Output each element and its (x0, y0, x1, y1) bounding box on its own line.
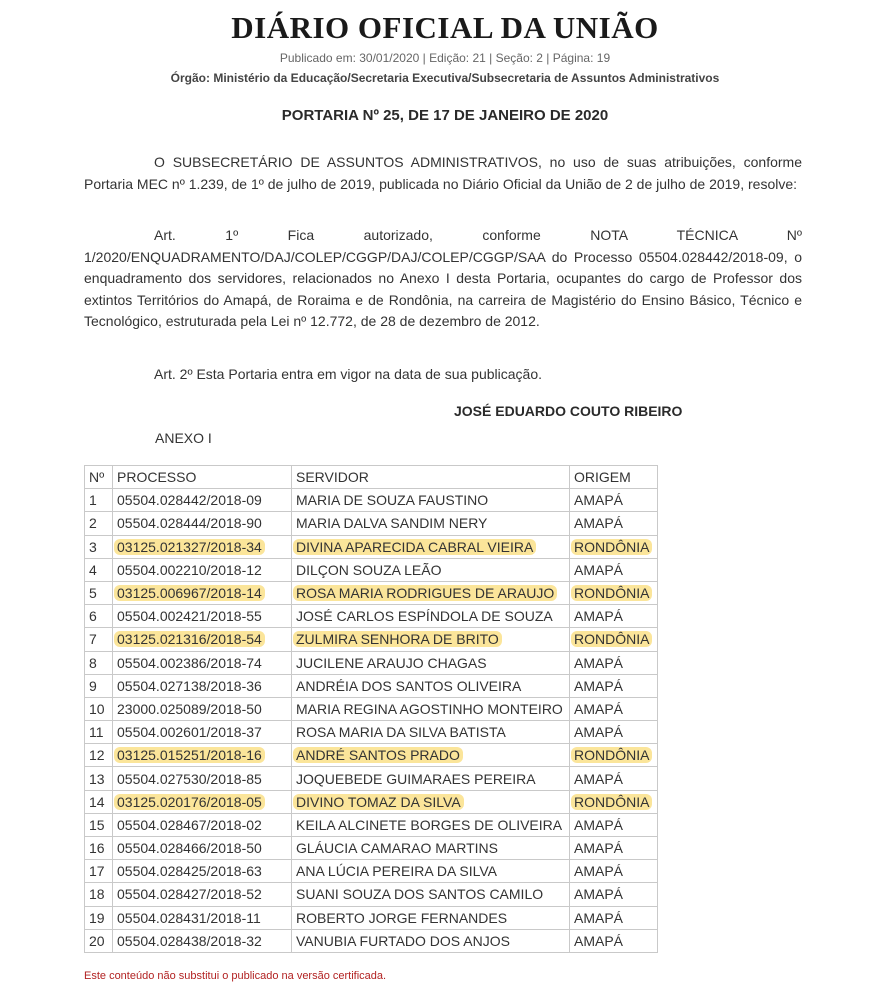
row-origem: RONDÔNIA (571, 585, 652, 601)
masthead: DIÁRIO OFICIAL DA UNIÃO Publicado em: 30… (0, 10, 890, 86)
row-origem: AMAPÁ (574, 933, 623, 949)
row-servidor-cell: DIVINO TOMAZ DA SILVA (292, 790, 570, 813)
row-processo-cell: 05504.028438/2018-32 (113, 929, 292, 952)
row-origem-cell: AMAPÁ (570, 837, 658, 860)
table-row: 1305504.027530/2018-85JOQUEBEDE GUIMARAE… (85, 767, 658, 790)
table-row: 1023000.025089/2018-50MARIA REGINA AGOST… (85, 697, 658, 720)
row-servidor-cell: ROSA MARIA RODRIGUES DE ARAUJO (292, 581, 570, 604)
row-processo-cell: 05504.002601/2018-37 (113, 721, 292, 744)
row-number: 6 (89, 608, 97, 624)
row-servidor: ZULMIRA SENHORA DE BRITO (293, 631, 502, 647)
row-origem-cell: RONDÔNIA (570, 535, 658, 558)
row-number-cell: 18 (85, 883, 113, 906)
row-origem-cell: RONDÔNIA (570, 628, 658, 651)
row-number: 13 (89, 771, 105, 787)
row-servidor: ROSA MARIA RODRIGUES DE ARAUJO (293, 585, 557, 601)
row-processo: 05504.002386/2018-74 (117, 655, 262, 671)
row-servidor-cell: ROBERTO JORGE FERNANDES (292, 906, 570, 929)
row-number: 19 (89, 910, 105, 926)
row-processo-cell: 03125.015251/2018-16 (113, 744, 292, 767)
row-origem: RONDÔNIA (571, 539, 652, 555)
table-row: 205504.028444/2018-90MARIA DALVA SANDIM … (85, 512, 658, 535)
row-number-cell: 14 (85, 790, 113, 813)
row-processo: 05504.028427/2018-52 (117, 886, 262, 902)
row-origem-cell: AMAPÁ (570, 883, 658, 906)
preamble-paragraph: O SUBSECRETÁRIO DE ASSUNTOS ADMINISTRATI… (84, 152, 802, 195)
row-processo-cell: 05504.028431/2018-11 (113, 906, 292, 929)
row-servidor-cell: DILÇON SOUZA LEÃO (292, 558, 570, 581)
row-number-cell: 2 (85, 512, 113, 535)
row-processo: 05504.002210/2018-12 (117, 562, 262, 578)
row-number: 7 (89, 631, 97, 647)
table-row: 1105504.002601/2018-37ROSA MARIA DA SILV… (85, 721, 658, 744)
row-servidor: MARIA DE SOUZA FAUSTINO (296, 492, 488, 508)
row-number: 11 (89, 724, 104, 740)
row-number-cell: 6 (85, 605, 113, 628)
row-number: 2 (89, 515, 97, 531)
row-origem: AMAPÁ (574, 701, 623, 717)
row-number: 4 (89, 562, 97, 578)
row-processo-cell: 05504.028467/2018-02 (113, 813, 292, 836)
row-origem: AMAPÁ (574, 608, 623, 624)
table-row: 2005504.028438/2018-32VANUBIA FURTADO DO… (85, 929, 658, 952)
row-number: 5 (89, 585, 97, 601)
row-processo-cell: 03125.021327/2018-34 (113, 535, 292, 558)
row-processo-cell: 05504.028425/2018-63 (113, 860, 292, 883)
row-origem: AMAPÁ (574, 724, 623, 740)
row-number-cell: 11 (85, 721, 113, 744)
row-number-cell: 7 (85, 628, 113, 651)
row-processo-cell: 23000.025089/2018-50 (113, 697, 292, 720)
row-number: 10 (89, 701, 105, 717)
newspaper-title: DIÁRIO OFICIAL DA UNIÃO (0, 10, 890, 46)
row-number: 3 (89, 539, 97, 555)
row-number: 16 (89, 840, 105, 856)
header-number: Nº (85, 466, 113, 489)
row-origem-cell: AMAPÁ (570, 906, 658, 929)
row-number: 1 (89, 492, 97, 508)
row-origem-cell: AMAPÁ (570, 674, 658, 697)
row-servidor-cell: ANDRÉ SANTOS PRADO (292, 744, 570, 767)
row-processo-cell: 05504.028427/2018-52 (113, 883, 292, 906)
row-processo: 23000.025089/2018-50 (117, 701, 262, 717)
row-processo-cell: 05504.002210/2018-12 (113, 558, 292, 581)
row-number-cell: 19 (85, 906, 113, 929)
row-origem: AMAPÁ (574, 655, 623, 671)
row-servidor-cell: GLÁUCIA CAMARAO MARTINS (292, 837, 570, 860)
row-servidor-cell: JUCILENE ARAUJO CHAGAS (292, 651, 570, 674)
row-servidor: DIVINA APARECIDA CABRAL VIEIRA (293, 539, 536, 555)
row-number-cell: 9 (85, 674, 113, 697)
table-row: 303125.021327/2018-34DIVINA APARECIDA CA… (85, 535, 658, 558)
row-number-cell: 3 (85, 535, 113, 558)
table-row: 1805504.028427/2018-52SUANI SOUZA DOS SA… (85, 883, 658, 906)
row-servidor: MARIA REGINA AGOSTINHO MONTEIRO (296, 701, 563, 717)
row-servidor-cell: JOSÉ CARLOS ESPÍNDOLA DE SOUZA (292, 605, 570, 628)
row-processo-cell: 05504.028466/2018-50 (113, 837, 292, 860)
publication-info: Publicado em: 30/01/2020 | Edição: 21 | … (0, 50, 890, 66)
row-origem: RONDÔNIA (571, 747, 652, 763)
row-processo-cell: 05504.028444/2018-90 (113, 512, 292, 535)
row-servidor-cell: ZULMIRA SENHORA DE BRITO (292, 628, 570, 651)
row-origem-cell: RONDÔNIA (570, 790, 658, 813)
signer-name: JOSÉ EDUARDO COUTO RIBEIRO (454, 403, 682, 419)
row-servidor: JUCILENE ARAUJO CHAGAS (296, 655, 487, 671)
row-origem-cell: AMAPÁ (570, 721, 658, 744)
row-number: 9 (89, 678, 97, 694)
row-servidor-cell: VANUBIA FURTADO DOS ANJOS (292, 929, 570, 952)
row-origem-cell: AMAPÁ (570, 605, 658, 628)
row-origem-cell: RONDÔNIA (570, 744, 658, 767)
row-origem-cell: AMAPÁ (570, 512, 658, 535)
row-origem-cell: AMAPÁ (570, 651, 658, 674)
annex-label: ANEXO I (155, 430, 212, 446)
row-servidor-cell: DIVINA APARECIDA CABRAL VIEIRA (292, 535, 570, 558)
row-processo: 05504.027530/2018-85 (117, 771, 262, 787)
row-processo: 03125.021316/2018-54 (114, 631, 265, 647)
table-row: 805504.002386/2018-74JUCILENE ARAUJO CHA… (85, 651, 658, 674)
row-origem: AMAPÁ (574, 910, 623, 926)
row-servidor: SUANI SOUZA DOS SANTOS CAMILO (296, 886, 543, 902)
table-row: 703125.021316/2018-54ZULMIRA SENHORA DE … (85, 628, 658, 651)
row-servidor: MARIA DALVA SANDIM NERY (296, 515, 487, 531)
row-processo: 05504.002421/2018-55 (117, 608, 262, 624)
row-servidor: ANA LÚCIA PEREIRA DA SILVA (296, 863, 497, 879)
row-number-cell: 15 (85, 813, 113, 836)
row-servidor: ROSA MARIA DA SILVA BATISTA (296, 724, 506, 740)
row-origem: AMAPÁ (574, 515, 623, 531)
row-origem: AMAPÁ (574, 771, 623, 787)
row-servidor-cell: ROSA MARIA DA SILVA BATISTA (292, 721, 570, 744)
row-processo-cell: 05504.002386/2018-74 (113, 651, 292, 674)
header-processo: PROCESSO (113, 466, 292, 489)
row-origem: AMAPÁ (574, 562, 623, 578)
table-row: 105504.028442/2018-09MARIA DE SOUZA FAUS… (85, 489, 658, 512)
row-processo: 05504.028425/2018-63 (117, 863, 262, 879)
row-origem: AMAPÁ (574, 678, 623, 694)
row-origem-cell: AMAPÁ (570, 558, 658, 581)
row-servidor-cell: MARIA REGINA AGOSTINHO MONTEIRO (292, 697, 570, 720)
row-processo: 05504.028444/2018-90 (117, 515, 262, 531)
row-number: 12 (89, 747, 105, 763)
row-processo: 05504.028438/2018-32 (117, 933, 262, 949)
annex-table-body: 105504.028442/2018-09MARIA DE SOUZA FAUS… (85, 489, 658, 953)
row-origem: AMAPÁ (574, 817, 623, 833)
row-number-cell: 13 (85, 767, 113, 790)
issuing-organ: Órgão: Ministério da Educação/Secretaria… (0, 70, 890, 86)
table-row: 1403125.020176/2018-05DIVINO TOMAZ DA SI… (85, 790, 658, 813)
portaria-title: PORTARIA Nº 25, DE 17 DE JANEIRO DE 2020 (0, 107, 890, 124)
certification-disclaimer: Este conteúdo não substitui o publicado … (84, 970, 386, 982)
row-servidor: ANDRÉIA DOS SANTOS OLIVEIRA (296, 678, 521, 694)
row-number-cell: 1 (85, 489, 113, 512)
row-processo: 05504.028442/2018-09 (117, 492, 262, 508)
row-number: 18 (89, 886, 105, 902)
row-processo-cell: 03125.006967/2018-14 (113, 581, 292, 604)
row-origem-cell: AMAPÁ (570, 929, 658, 952)
row-origem-cell: AMAPÁ (570, 697, 658, 720)
row-processo: 03125.020176/2018-05 (114, 794, 265, 810)
article-1-text: Art. 1º Fica autorizado, conforme NOTA T… (84, 227, 802, 329)
row-origem: RONDÔNIA (571, 631, 652, 647)
row-origem: AMAPÁ (574, 886, 623, 902)
row-processo: 05504.028431/2018-11 (117, 910, 261, 926)
row-origem-cell: AMAPÁ (570, 813, 658, 836)
preamble-text: O SUBSECRETÁRIO DE ASSUNTOS ADMINISTRATI… (84, 154, 802, 192)
row-origem: AMAPÁ (574, 863, 623, 879)
table-row: 905504.027138/2018-36ANDRÉIA DOS SANTOS … (85, 674, 658, 697)
row-number-cell: 17 (85, 860, 113, 883)
table-row: 503125.006967/2018-14ROSA MARIA RODRIGUE… (85, 581, 658, 604)
row-number: 8 (89, 655, 97, 671)
header-origem: ORIGEM (570, 466, 658, 489)
table-row: 1203125.015251/2018-16ANDRÉ SANTOS PRADO… (85, 744, 658, 767)
row-origem: AMAPÁ (574, 840, 623, 856)
row-servidor: ANDRÉ SANTOS PRADO (293, 747, 463, 763)
row-origem: RONDÔNIA (571, 794, 652, 810)
row-processo-cell: 05504.002421/2018-55 (113, 605, 292, 628)
row-number-cell: 8 (85, 651, 113, 674)
row-origem-cell: AMAPÁ (570, 489, 658, 512)
row-number: 15 (89, 817, 105, 833)
row-processo-cell: 05504.028442/2018-09 (113, 489, 292, 512)
table-row: 1705504.028425/2018-63ANA LÚCIA PEREIRA … (85, 860, 658, 883)
row-origem-cell: AMAPÁ (570, 767, 658, 790)
row-number-cell: 16 (85, 837, 113, 860)
row-servidor: KEILA ALCINETE BORGES DE OLIVEIRA (296, 817, 562, 833)
row-processo-cell: 05504.027138/2018-36 (113, 674, 292, 697)
row-processo: 03125.021327/2018-34 (114, 539, 265, 555)
row-number-cell: 20 (85, 929, 113, 952)
row-servidor: DIVINO TOMAZ DA SILVA (293, 794, 464, 810)
row-processo: 05504.028466/2018-50 (117, 840, 262, 856)
row-number: 20 (89, 933, 105, 949)
row-number: 17 (89, 863, 105, 879)
row-number: 14 (89, 794, 105, 810)
annex-table: Nº PROCESSO SERVIDOR ORIGEM 105504.02844… (84, 465, 658, 953)
row-servidor: ROBERTO JORGE FERNANDES (296, 910, 507, 926)
row-processo: 05504.028467/2018-02 (117, 817, 262, 833)
row-processo-cell: 05504.027530/2018-85 (113, 767, 292, 790)
row-number-cell: 4 (85, 558, 113, 581)
row-processo: 03125.006967/2018-14 (114, 585, 265, 601)
row-origem-cell: AMAPÁ (570, 860, 658, 883)
table-header-row: Nº PROCESSO SERVIDOR ORIGEM (85, 466, 658, 489)
row-servidor: DILÇON SOUZA LEÃO (296, 562, 441, 578)
row-servidor: GLÁUCIA CAMARAO MARTINS (296, 840, 498, 856)
row-processo: 05504.027138/2018-36 (117, 678, 262, 694)
row-processo-cell: 03125.021316/2018-54 (113, 628, 292, 651)
row-servidor: JOSÉ CARLOS ESPÍNDOLA DE SOUZA (296, 608, 553, 624)
row-number-cell: 12 (85, 744, 113, 767)
header-servidor: SERVIDOR (292, 466, 570, 489)
row-number-cell: 10 (85, 697, 113, 720)
article-1-paragraph: Art. 1º Fica autorizado, conforme NOTA T… (84, 225, 802, 333)
row-origem: AMAPÁ (574, 492, 623, 508)
row-servidor: JOQUEBEDE GUIMARAES PEREIRA (296, 771, 536, 787)
article-2-paragraph: Art. 2º Esta Portaria entra em vigor na … (84, 364, 802, 386)
table-row: 1605504.028466/2018-50GLÁUCIA CAMARAO MA… (85, 837, 658, 860)
row-processo: 05504.002601/2018-37 (117, 724, 262, 740)
row-number-cell: 5 (85, 581, 113, 604)
table-row: 405504.002210/2018-12DILÇON SOUZA LEÃOAM… (85, 558, 658, 581)
row-servidor-cell: JOQUEBEDE GUIMARAES PEREIRA (292, 767, 570, 790)
row-servidor-cell: SUANI SOUZA DOS SANTOS CAMILO (292, 883, 570, 906)
row-processo-cell: 03125.020176/2018-05 (113, 790, 292, 813)
table-row: 1505504.028467/2018-02KEILA ALCINETE BOR… (85, 813, 658, 836)
row-origem-cell: RONDÔNIA (570, 581, 658, 604)
row-servidor-cell: MARIA DE SOUZA FAUSTINO (292, 489, 570, 512)
row-servidor-cell: MARIA DALVA SANDIM NERY (292, 512, 570, 535)
article-2-text: Art. 2º Esta Portaria entra em vigor na … (154, 366, 542, 382)
row-processo: 03125.015251/2018-16 (114, 747, 265, 763)
table-row: 605504.002421/2018-55JOSÉ CARLOS ESPÍNDO… (85, 605, 658, 628)
table-row: 1905504.028431/2018-11ROBERTO JORGE FERN… (85, 906, 658, 929)
row-servidor: VANUBIA FURTADO DOS ANJOS (296, 933, 510, 949)
row-servidor-cell: ANDRÉIA DOS SANTOS OLIVEIRA (292, 674, 570, 697)
row-servidor-cell: KEILA ALCINETE BORGES DE OLIVEIRA (292, 813, 570, 836)
row-servidor-cell: ANA LÚCIA PEREIRA DA SILVA (292, 860, 570, 883)
